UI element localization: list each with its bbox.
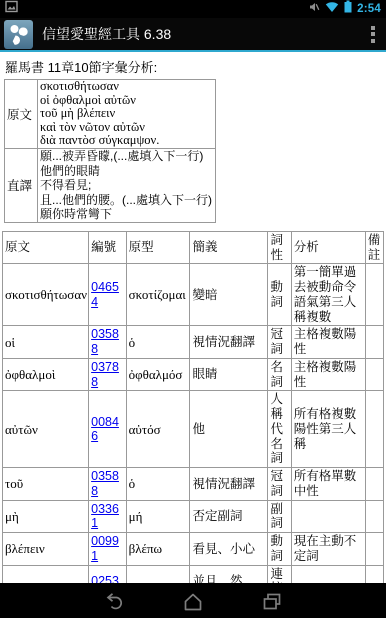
original-text-row: 原文 σκοτισθήτωσαν οἱ ὀφθαλμοὶ αὐτῶν τοῦ μ… [5,80,216,149]
cell-lemma: βλέπω [126,533,190,566]
literal-line: 不得看見; [40,178,213,193]
cell-lemma: αὐτόσ [126,391,190,468]
cell-gloss: 變暗 [190,264,268,326]
battery-icon [344,0,352,18]
strongs-number-link[interactable]: 03361 [91,502,119,531]
cell-lemma: ὁ [126,468,190,501]
fhl-app-icon[interactable] [4,20,33,49]
greek-line: σκοτισθήτωσαν [40,80,213,94]
cell-note [365,326,383,359]
cell-note [365,264,383,326]
cell-gloss: 眼睛 [190,358,268,391]
cell-note [365,565,383,583]
cell-number: 03361 [89,500,126,533]
literal-line: 且...他們的腰。(...處填入下一行) [40,193,213,208]
table-row: μὴ03361μή否定副詞副詞 [3,500,384,533]
literal-text-cell: 願...被弄昏矇,(...處填入下一行) 他們的眼睛 不得看見; 且...他們的… [38,148,216,222]
strongs-number-link[interactable]: 04654 [91,280,119,309]
cell-gloss: 視情況翻譯 [190,326,268,359]
content-area: 羅馬書 11章10節字彙分析: 原文 σκοτισθήτωσαν οἱ ὀφθα… [0,52,386,583]
cell-gloss: 並且、然後、和 [190,565,268,583]
header-gloss: 簡義 [190,231,268,264]
table-row: αὐτῶν00846αὐτόσ他人稱代名詞所有格複數陽性第三人稱 [3,391,384,468]
original-label: 原文 [5,80,38,149]
cell-note [365,468,383,501]
cell-original: μὴ [3,500,89,533]
cell-note [365,533,383,566]
header-lemma: 原型 [126,231,190,264]
overflow-menu-icon[interactable] [364,21,382,47]
literal-translation-row: 直譯 願...被弄昏矇,(...處填入下一行) 他們的眼睛 不得看見; 且...… [5,148,216,222]
greek-line: καὶ τὸν νῶτον αὐτῶν [40,121,213,135]
analysis-table: 原文 編號 原型 簡義 詞性 分析 備註 σκοτισθήτωσαν04654σ… [2,231,384,583]
home-icon[interactable] [181,590,205,614]
cell-gloss: 視情況翻譯 [190,468,268,501]
strongs-number-link[interactable]: 02532 [91,574,119,583]
cell-lemma: ὀφθαλμόσ [126,358,190,391]
cell-parsing: 第一簡單過去被動命令語氣第三人稱複數 [291,264,365,326]
strongs-number-link[interactable]: 03788 [91,360,119,389]
cell-pos: 連接詞 [268,565,291,583]
header-note: 備註 [365,231,383,264]
table-row: οἱ03588ὁ視情況翻譯冠詞主格複數陽性 [3,326,384,359]
literal-label: 直譯 [5,148,38,222]
cell-pos: 副詞 [268,500,291,533]
strongs-number-link[interactable]: 03588 [91,327,119,356]
header-original: 原文 [3,231,89,264]
back-icon[interactable] [102,590,126,614]
greek-line: διὰ παντὸσ σύγκαμψον. [40,134,213,148]
cell-parsing: 所有格複數陽性第三人稱 [291,391,365,468]
cell-lemma: μή [126,500,190,533]
cell-original: αὐτῶν [3,391,89,468]
table-row: ὀφθαλμοὶ03788ὀφθαλμόσ眼睛名詞主格複數陽性 [3,358,384,391]
cell-pos: 冠詞 [268,468,291,501]
literal-line: 願你時常彎下 [40,207,213,222]
cell-parsing: 主格複數陽性 [291,358,365,391]
cell-number: 03788 [89,358,126,391]
cell-lemma: ὁ [126,326,190,359]
header-parsing: 分析 [291,231,365,264]
cell-number: 00846 [89,391,126,468]
cell-note [365,358,383,391]
cell-original: ὀφθαλμοὶ [3,358,89,391]
strongs-number-link[interactable]: 00991 [91,534,119,563]
cell-original: καὶ [3,565,89,583]
mute-icon [308,0,320,18]
cell-pos: 人稱代名詞 [268,391,291,468]
strongs-number-link[interactable]: 00846 [91,415,119,444]
cell-pos: 名詞 [268,358,291,391]
analysis-table-body: σκοτισθήτωσαν04654σκοτίζομαι變暗動詞第一簡單過去被動… [3,264,384,583]
cell-pos: 動詞 [268,264,291,326]
table-row: σκοτισθήτωσαν04654σκοτίζομαι變暗動詞第一簡單過去被動… [3,264,384,326]
cell-original: οἱ [3,326,89,359]
cell-parsing: 現在主動不定詞 [291,533,365,566]
page-title: 信望愛聖經工具 6.38 [42,24,364,44]
recents-icon[interactable] [260,590,284,614]
table-header-row: 原文 編號 原型 簡義 詞性 分析 備註 [3,231,384,264]
literal-line: 願...被弄昏矇,(...處填入下一行) [40,149,213,164]
cell-number: 03588 [89,326,126,359]
table-row: τοῦ03588ὁ視情況翻譯冠詞所有格單數中性 [3,468,384,501]
cell-gloss: 看見、小心 [190,533,268,566]
action-bar: 信望愛聖經工具 6.38 [0,18,386,52]
cell-parsing [291,565,365,583]
table-row: καὶ02532καί並且、然後、和連接詞 [3,565,384,583]
analysis-heading: 羅馬書 11章10節字彙分析: [5,57,381,76]
status-clock: 2:54 [357,3,381,15]
literal-line: 他們的眼睛 [40,164,213,179]
cell-parsing: 主格複數陽性 [291,326,365,359]
cell-parsing: 所有格單數中性 [291,468,365,501]
cell-number: 04654 [89,264,126,326]
cell-original: σκοτισθήτωσαν [3,264,89,326]
cell-original: βλέπειν [3,533,89,566]
cell-parsing [291,500,365,533]
cell-gloss: 否定副詞 [190,500,268,533]
cell-note [365,391,383,468]
navigation-bar [0,585,386,618]
wifi-icon [325,0,339,18]
greek-line: οἱ ὀφθαλμοὶ αὐτῶν [40,94,213,108]
header-pos: 詞性 [268,231,291,264]
screenshot-notification-icon[interactable] [5,0,18,18]
cell-gloss: 他 [190,391,268,468]
cell-original: τοῦ [3,468,89,501]
header-number: 編號 [89,231,126,264]
cell-lemma: καί [126,565,190,583]
cell-note [365,500,383,533]
original-text-cell: σκοτισθήτωσαν οἱ ὀφθαλμοὶ αὐτῶν τοῦ μὴ β… [38,80,216,149]
table-row: βλέπειν00991βλέπω看見、小心動詞現在主動不定詞 [3,533,384,566]
cell-number: 02532 [89,565,126,583]
status-bar: 2:54 [0,0,386,18]
passage-table: 原文 σκοτισθήτωσαν οἱ ὀφθαλμοὶ αὐτῶν τοῦ μ… [4,79,216,223]
strongs-number-link[interactable]: 03588 [91,469,119,498]
cell-pos: 冠詞 [268,326,291,359]
cell-pos: 動詞 [268,533,291,566]
cell-number: 03588 [89,468,126,501]
greek-line: τοῦ μὴ βλέπειν [40,107,213,121]
cell-lemma: σκοτίζομαι [126,264,190,326]
cell-number: 00991 [89,533,126,566]
